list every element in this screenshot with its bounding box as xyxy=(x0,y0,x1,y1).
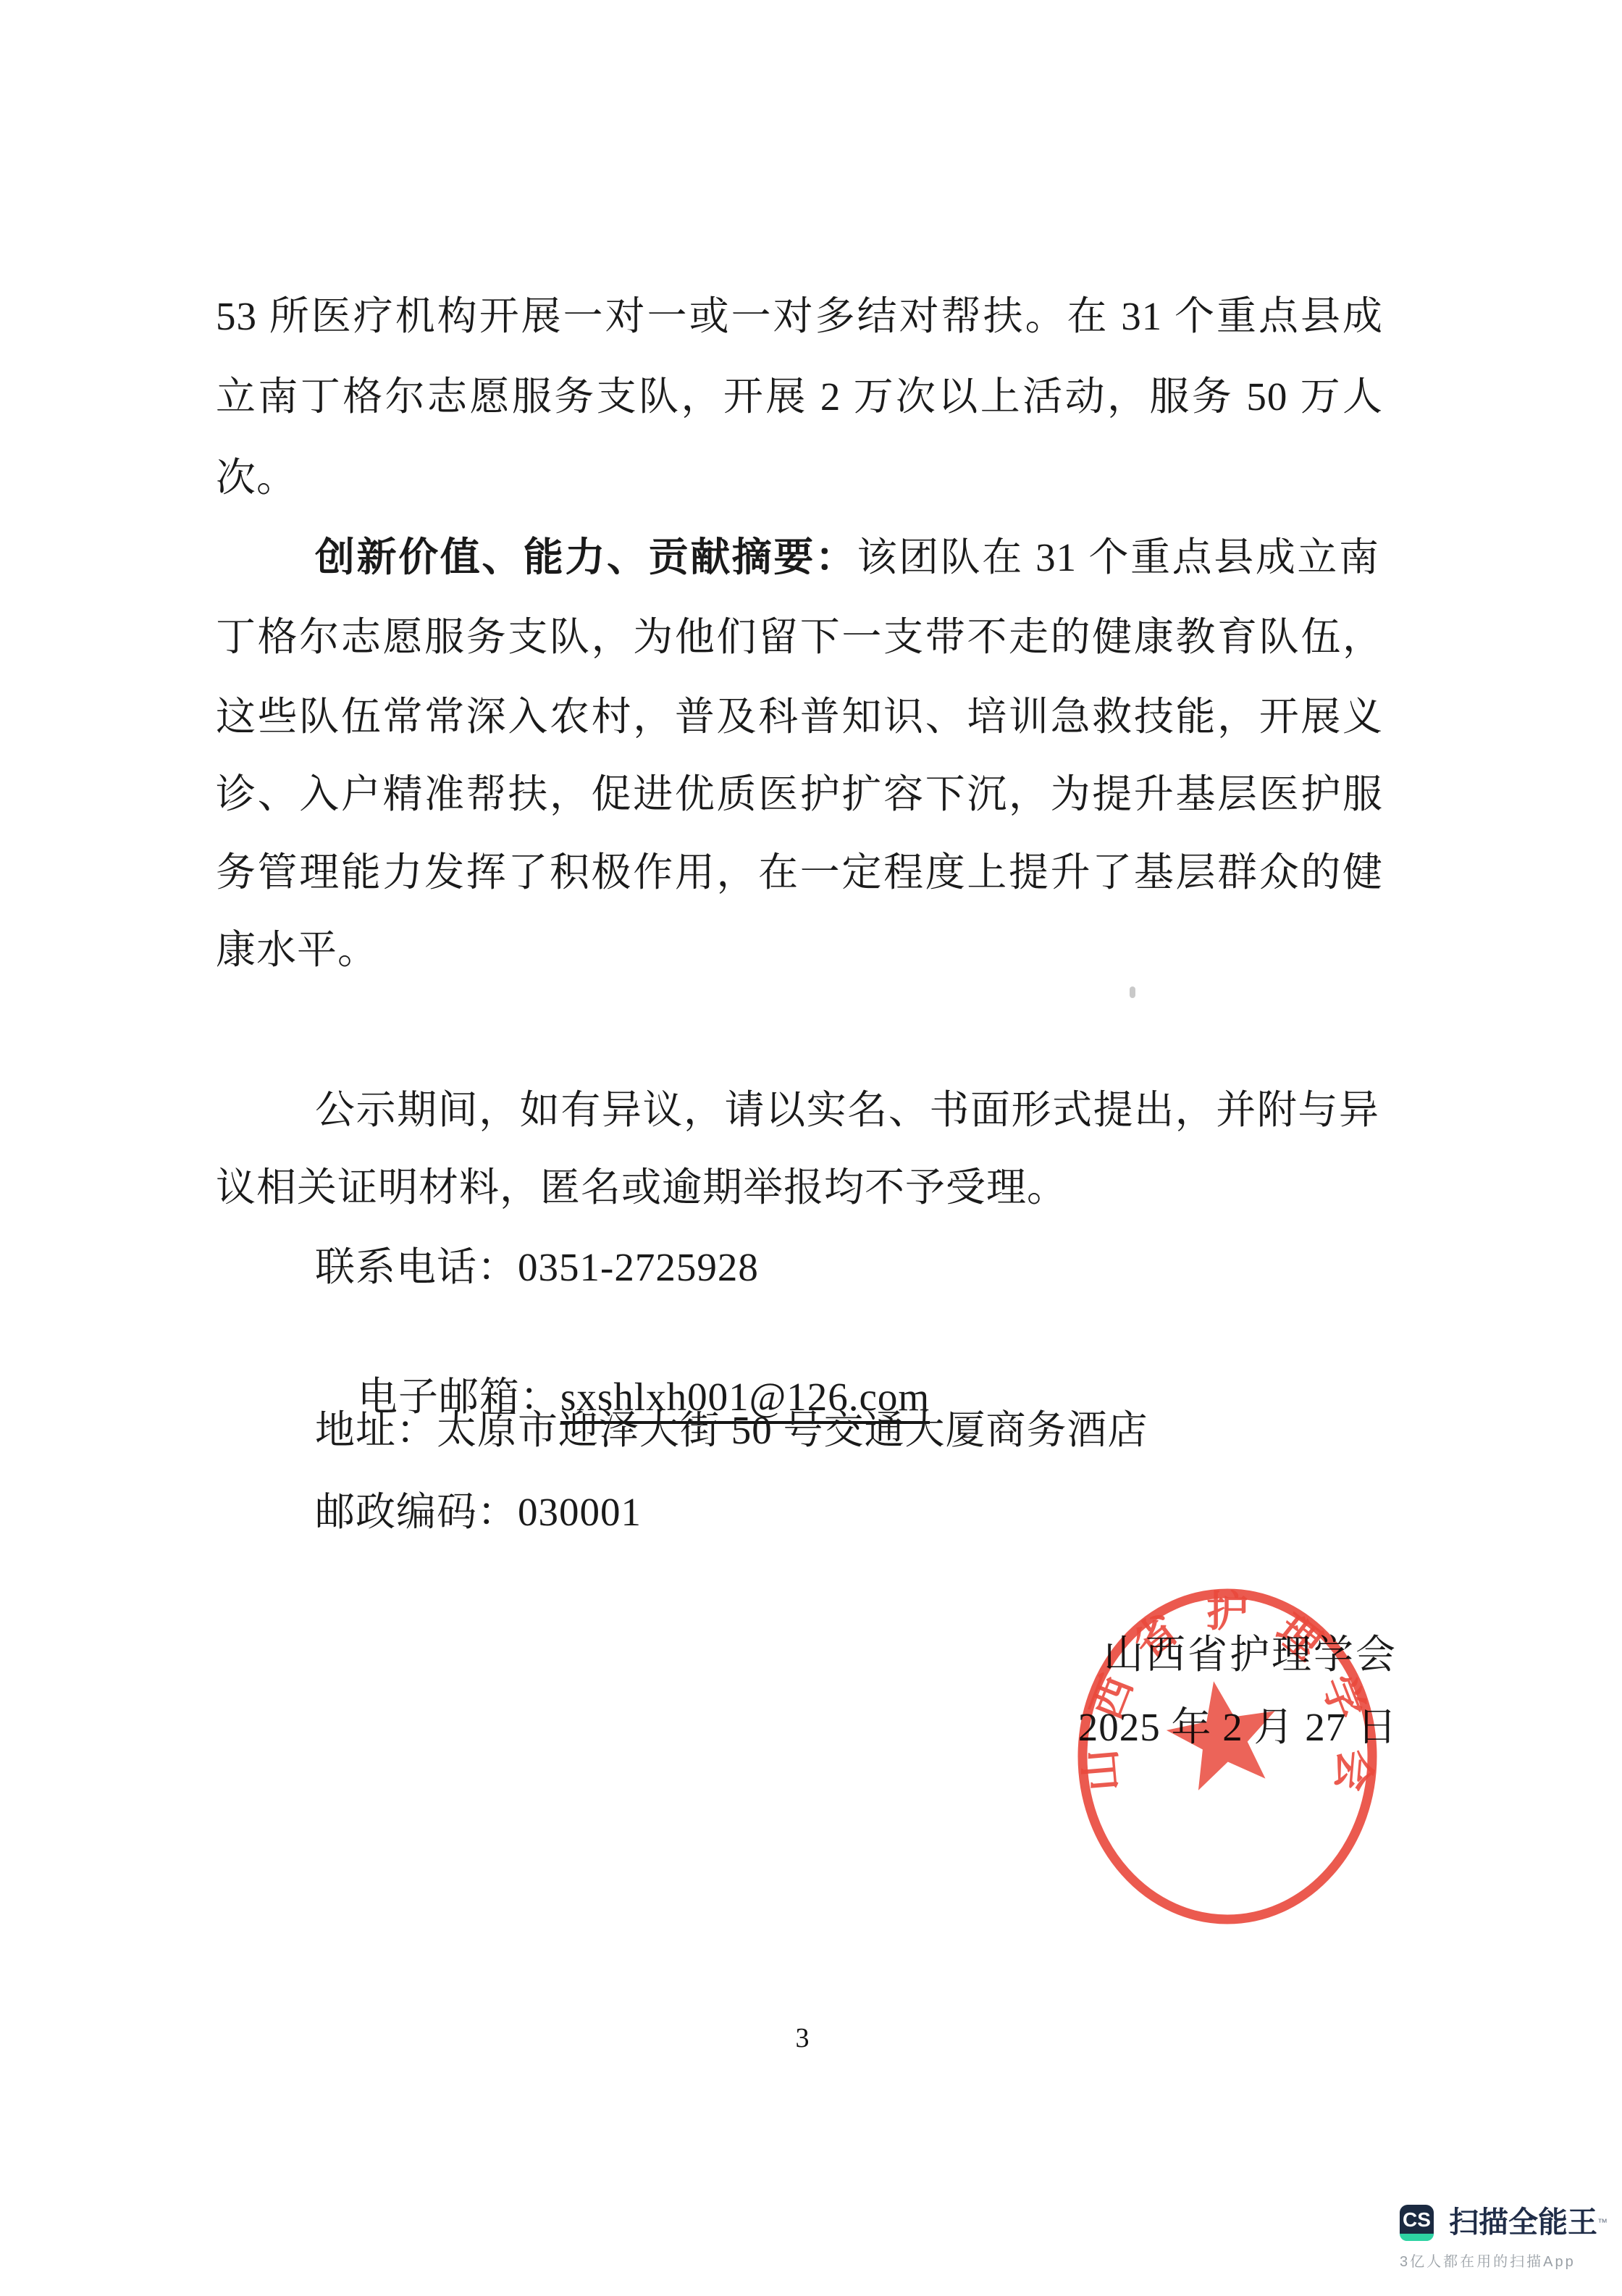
paragraph-lead-bold: 创新价值、能力、贡献摘要： xyxy=(315,535,857,579)
contact-postal-line: 邮政编码：030001 xyxy=(315,1488,642,1539)
camscanner-icon-accent-strip xyxy=(1400,2234,1434,2241)
paragraph-line: 务管理能力发挥了积极作用，在一定程度上提升了基层群众的健 xyxy=(216,849,1383,900)
contact-address-line: 地址：太原市迎泽大街 50 号交通大厦商务酒店 xyxy=(315,1407,1148,1457)
document-page: 53 所医疗机构开展一对一或一对多结对帮扶。在 31 个重点县成 立南丁格尔志愿… xyxy=(0,0,1622,2296)
paragraph-line: 议相关证明材料，匿名或逾期举报均不予受理。 xyxy=(216,1164,1067,1215)
paragraph-line: 53 所医疗机构开展一对一或一对多结对帮扶。在 31 个重点县成 xyxy=(216,293,1383,343)
camscanner-brand-text: 扫描全能王™ xyxy=(1449,2203,1608,2241)
paragraph-lead-rest: 该团队在 31 个重点县成立南 xyxy=(857,535,1379,579)
camscanner-brand-name: 扫描全能王 xyxy=(1449,2205,1597,2239)
paragraph-line: 这些队伍常常深入农村，普及科普知识、培训急救技能，开展义 xyxy=(216,693,1383,744)
paragraph-line: 次。 xyxy=(216,454,297,505)
camscanner-logo-icon: CS xyxy=(1400,2205,1434,2241)
contact-email-line: 电子邮箱：sxshlxh001@126.com xyxy=(315,1325,930,1376)
paragraph-line: 立南丁格尔志愿服务支队，开展 2 万次以上活动，服务 50 万人 xyxy=(216,373,1383,424)
seal-arc-text: 山西省护理学会 xyxy=(1076,1588,1378,1793)
paragraph-line: 公示期间，如有异议，请以实名、书面形式提出，并附与异 xyxy=(315,1086,1379,1137)
seal-star-icon xyxy=(1167,1681,1275,1790)
scan-artifact-speck xyxy=(1130,986,1135,998)
official-seal: 山西省护理学会 xyxy=(1072,1583,1383,1930)
paragraph-line: 丁格尔志愿服务支队，为他们留下一支带不走的健康教育队伍， xyxy=(216,613,1383,664)
paragraph-line: 诊、入户精准帮扶，促进优质医护扩容下沉，为提升基层医护服 xyxy=(216,771,1383,821)
camscanner-cs-letters: CS xyxy=(1400,2206,1434,2234)
camscanner-tagline: 3亿人都在用的扫描App xyxy=(1400,2250,1588,2271)
trademark-symbol: ™ xyxy=(1597,2216,1608,2228)
contact-phone-line: 联系电话：0351-2725928 xyxy=(315,1244,759,1294)
page-number: 3 xyxy=(0,2022,1605,2054)
paragraph-line: 康水平。 xyxy=(216,926,378,977)
paragraph-line: 创新价值、能力、贡献摘要：该团队在 31 个重点县成立南 xyxy=(315,534,1379,585)
